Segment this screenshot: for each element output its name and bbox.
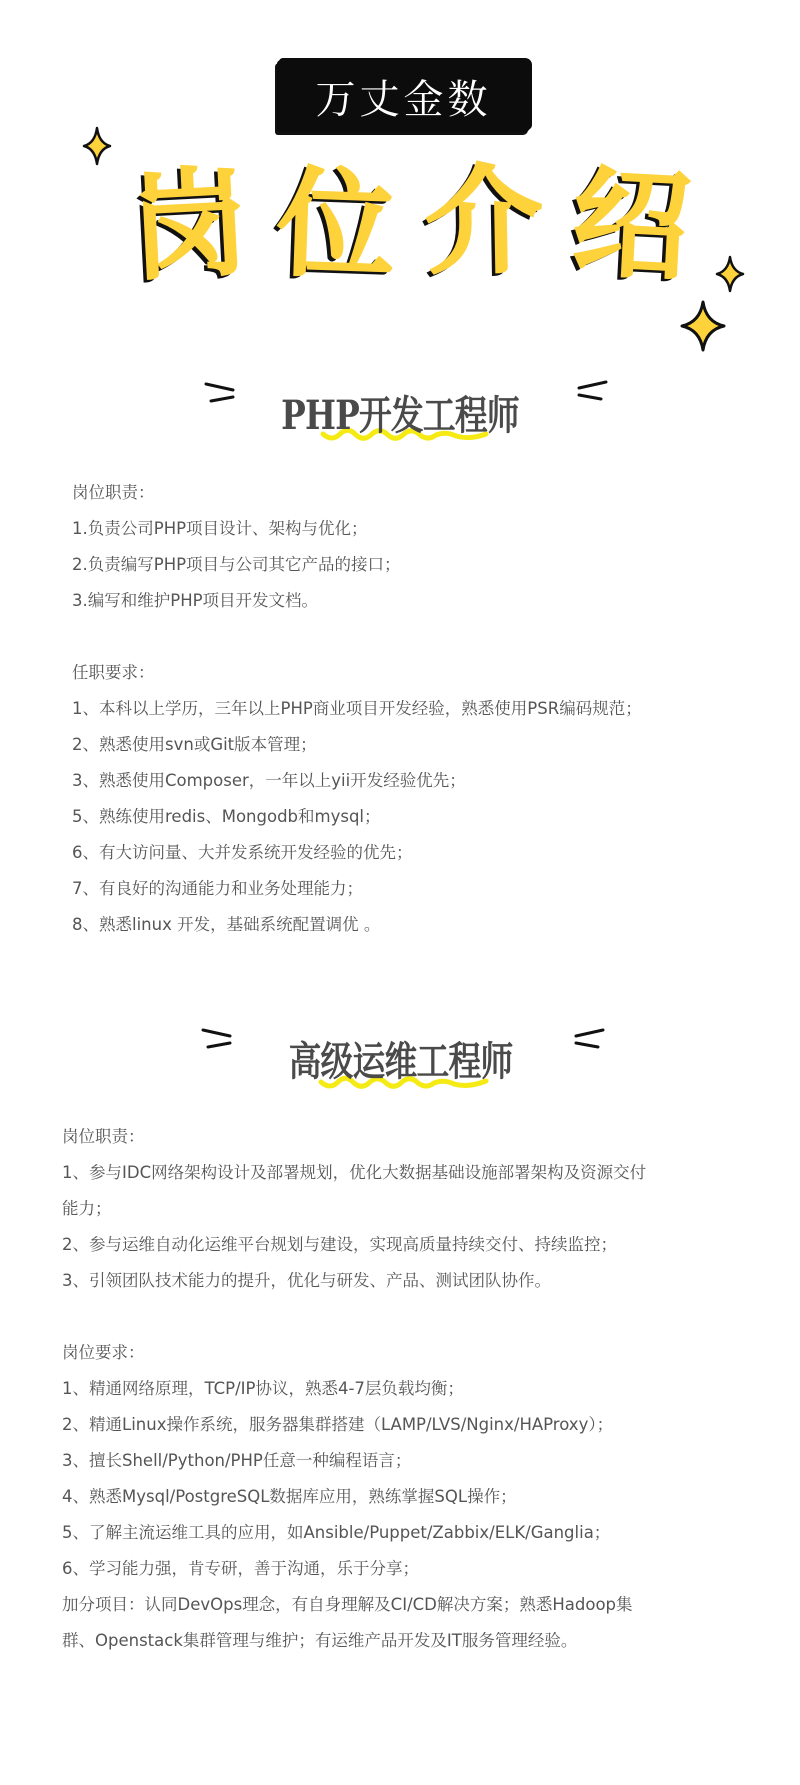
- duty-item: 3.编写和维护PHP项目开发文档。: [72, 583, 642, 619]
- ops-job-description: 岗位职责： 1、参与IDC网络架构设计及部署规划，优化大数据基础设施部署架构及资…: [62, 1119, 646, 1659]
- duty-item: 能力；: [62, 1191, 646, 1227]
- page-title: 岗 位 介 绍: [130, 150, 690, 300]
- sparkle-star-icon: [82, 126, 112, 166]
- requirement-item: 5、熟练使用redis、Mongodb和mysql；: [72, 799, 642, 835]
- requirements-label: 岗位要求：: [62, 1335, 646, 1371]
- requirements-label: 任职要求：: [72, 655, 642, 691]
- bonus-item: 加分项目：认同DevOps理念，有自身理解及CI/CD解决方案；熟悉Hadoop…: [62, 1587, 646, 1623]
- requirement-item: 3、熟悉使用Composer，一年以上yii开发经验优先；: [72, 763, 642, 799]
- duty-item: 2、参与运维自动化运维平台规划与建设，实现高质量持续交付、持续监控；: [62, 1227, 646, 1263]
- job-title: PHP开发工程师: [281, 384, 519, 441]
- bonus-item-continued: 群、Openstack集群管理与维护；有运维产品开发及IT服务管理经验。: [62, 1623, 646, 1659]
- duty-item: 1、参与IDC网络架构设计及部署规划，优化大数据基础设施部署架构及资源交付: [62, 1155, 646, 1191]
- requirement-item: 8、熟悉linux 开发，基础系统配置调优 。: [72, 907, 642, 943]
- requirement-item: 1、精通网络原理，TCP/IP协议，熟悉4-7层负载均衡；: [62, 1371, 646, 1407]
- sparkle-star-icon: [680, 300, 726, 352]
- duty-item: 3、引领团队技术能力的提升，优化与研发、产品、测试团队协作。: [62, 1263, 646, 1299]
- spacer: [72, 619, 642, 655]
- requirement-item: 2、精通Linux操作系统，服务器集群搭建（LAMP/LVS/Nginx/HAP…: [62, 1407, 646, 1443]
- spacer: [62, 1299, 646, 1335]
- duties-label: 岗位职责：: [62, 1119, 646, 1155]
- title-char: 岗: [127, 163, 251, 287]
- section-heading-ops: 高级运维工程师: [0, 1030, 800, 1087]
- sparkle-star-icon: [715, 255, 745, 293]
- title-char: 位: [275, 164, 397, 286]
- requirement-item: 7、有良好的沟通能力和业务处理能力；: [72, 871, 642, 907]
- title-char: 介: [424, 161, 544, 281]
- requirement-item: 5、了解主流运维工具的应用，如Ansible/Puppet/Zabbix/ELK…: [62, 1515, 646, 1551]
- requirement-item: 1、本科以上学历，三年以上PHP商业项目开发经验，熟悉使用PSR编码规范；: [72, 691, 642, 727]
- requirement-item: 4、熟悉Mysql/PostgreSQL数据库应用，熟练掌握SQL操作；: [62, 1479, 646, 1515]
- duties-label: 岗位职责：: [72, 475, 642, 511]
- requirement-item: 3、擅长Shell/Python/PHP任意一种编程语言；: [62, 1443, 646, 1479]
- company-name: 万丈金数: [316, 68, 492, 125]
- requirement-item: 6、有大访问量、大并发系统开发经验的优先；: [72, 835, 642, 871]
- duty-item: 2.负责编写PHP项目与公司其它产品的接口；: [72, 547, 642, 583]
- requirement-item: 6、学习能力强，肯专研，善于沟通，乐于分享；: [62, 1551, 646, 1587]
- section-heading-php: PHP开发工程师: [0, 384, 800, 441]
- job-title: 高级运维工程师: [288, 1030, 512, 1087]
- php-job-description: 岗位职责： 1.负责公司PHP项目设计、架构与优化； 2.负责编写PHP项目与公…: [72, 475, 642, 943]
- company-badge: 万丈金数: [277, 60, 530, 132]
- title-char: 绍: [569, 163, 693, 287]
- requirement-item: 2、熟悉使用svn或Git版本管理；: [72, 727, 642, 763]
- duty-item: 1.负责公司PHP项目设计、架构与优化；: [72, 511, 642, 547]
